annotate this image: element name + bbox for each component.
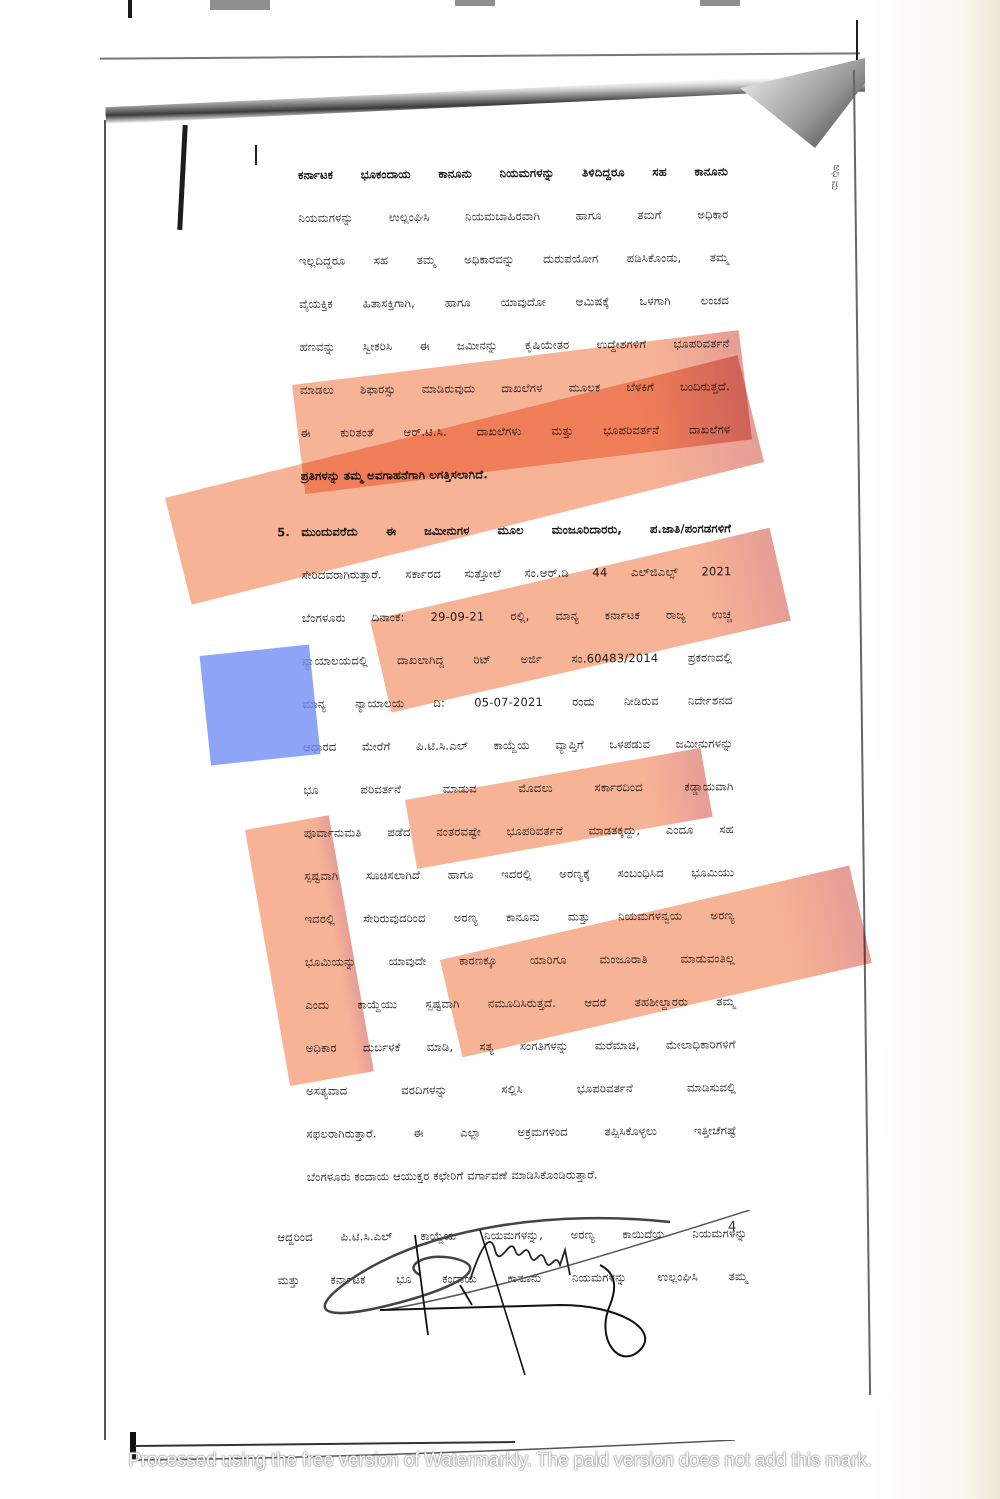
blue-overlay-box (200, 645, 321, 766)
scanned-paper-edge (870, 0, 1000, 1499)
scan-edge-line (455, 0, 495, 6)
signature (310, 1210, 750, 1380)
watermark-text: Processed using the free version of Wate… (0, 1450, 1000, 1472)
page-left-edge (104, 120, 106, 1440)
margin-note: ಅಧಿ ಮ (829, 164, 842, 191)
scan-edge-line (210, 0, 270, 10)
scan-edge-line (700, 0, 740, 6)
scan-edge-line (128, 0, 132, 18)
outer-page-top-edge (100, 52, 860, 59)
outer-page-right-edge (856, 20, 858, 60)
scan-mark (255, 145, 257, 165)
